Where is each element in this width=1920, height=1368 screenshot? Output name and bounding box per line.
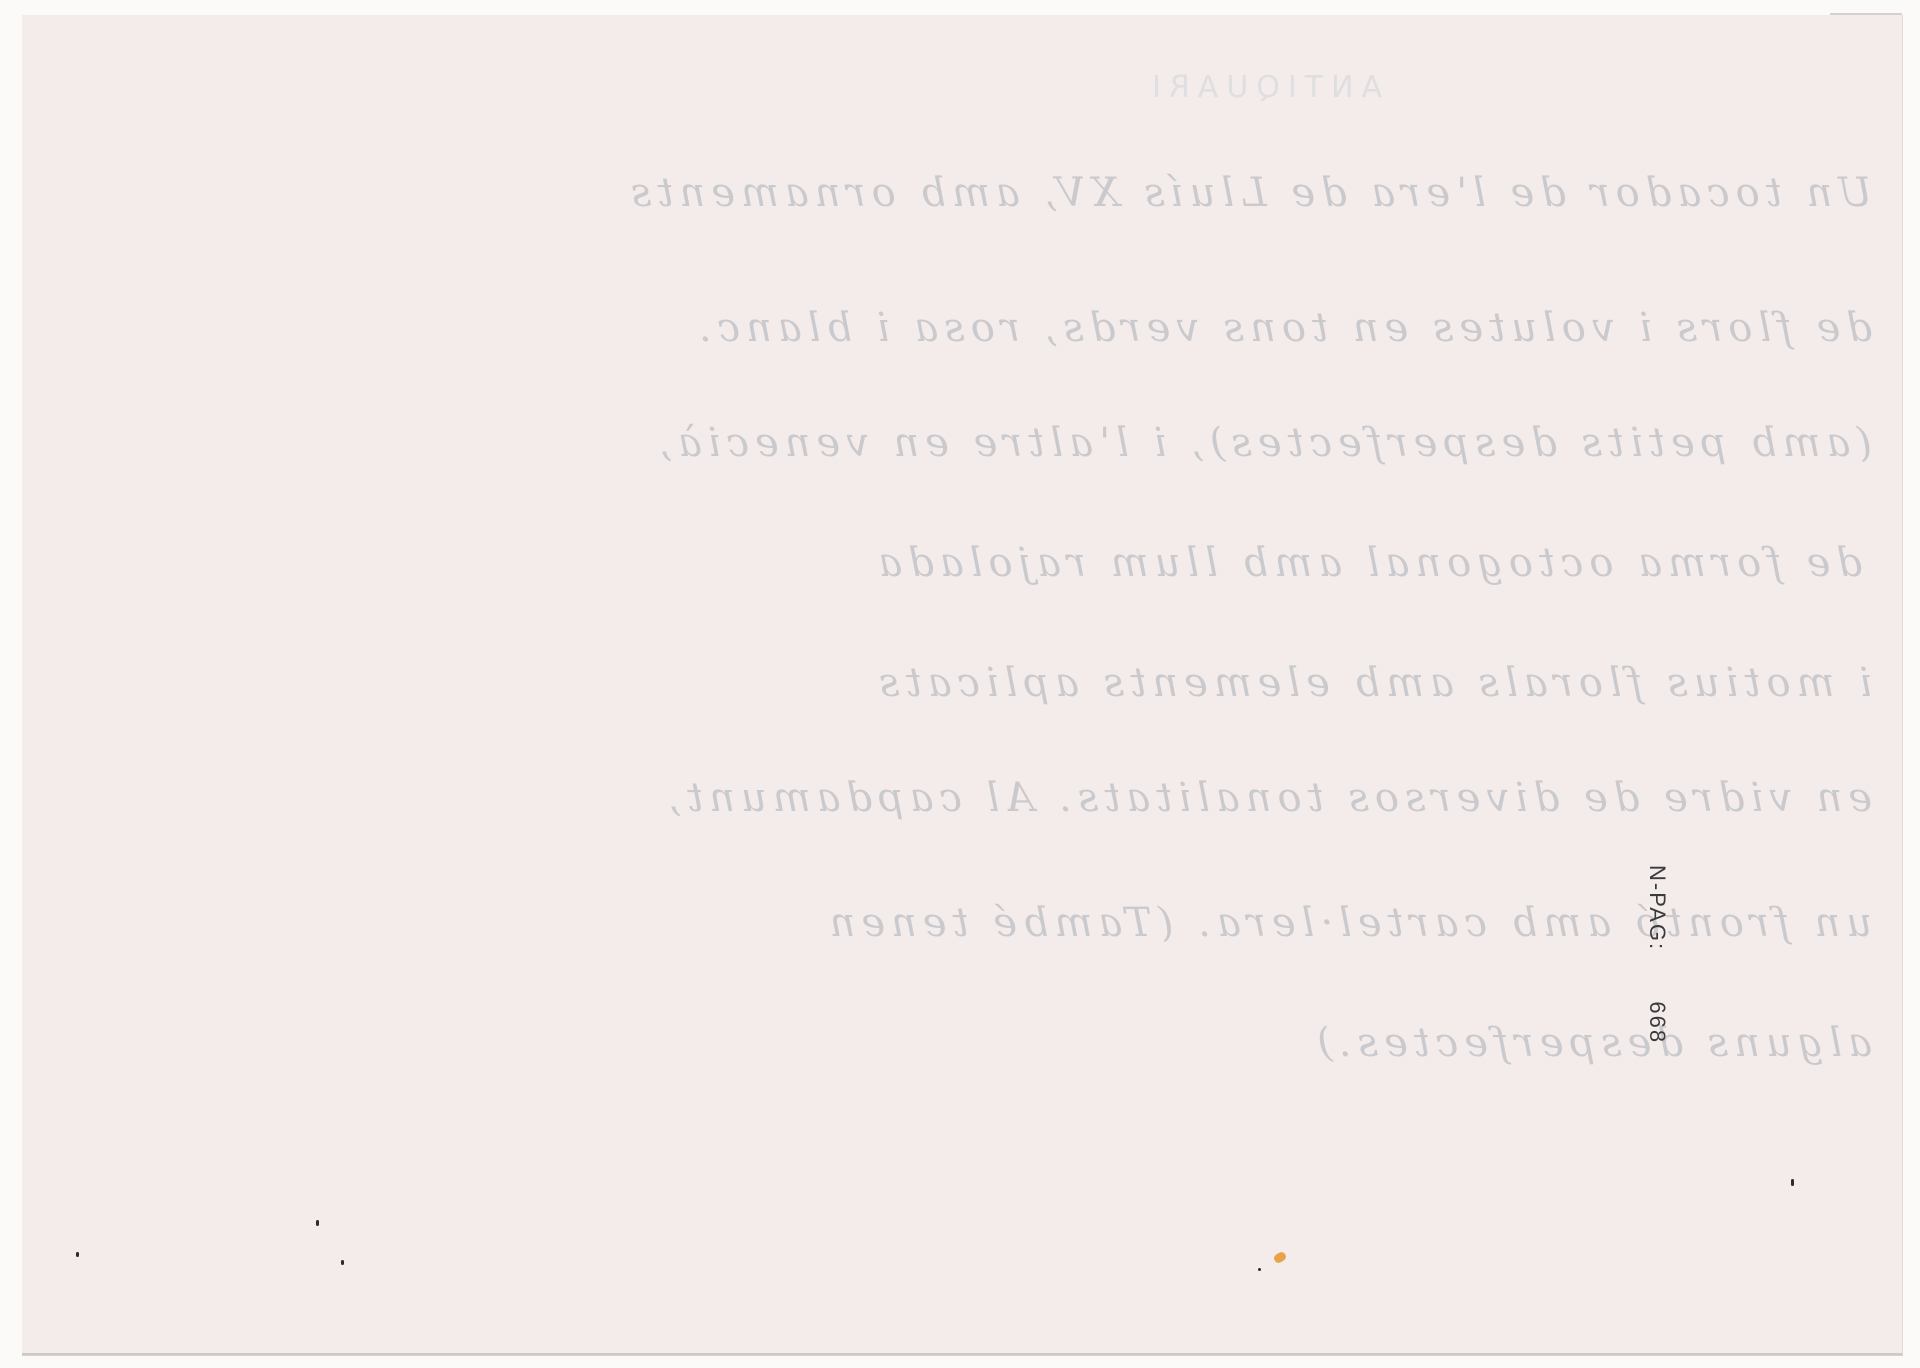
bleed-line: de forma octogonal amb llum rajolada (872, 540, 1862, 586)
bleed-line: en vidre de diversos tonalitats. Al capd… (662, 775, 1872, 821)
dust-speck (341, 1260, 344, 1265)
bleed-line: Un tocador de l'era de Lluís XV, amb orn… (625, 170, 1872, 216)
dust-speck (1791, 1179, 1794, 1186)
bleed-line: de flors i volutes en tons verds, rosa i… (693, 305, 1872, 351)
bleed-line: (amb petits desperfectes), i l'altre en … (653, 420, 1872, 466)
stamp-value: 668 (1645, 1001, 1670, 1044)
dust-speck (1258, 1268, 1261, 1271)
bleed-line: i motius florals amb elements aplicats (873, 660, 1872, 706)
page-number-stamp: N-PAG: 668 (1644, 865, 1670, 1044)
bleed-line: alguns desperfectes.) (1311, 1020, 1872, 1066)
document-page: ANTIQUARI Un tocador de l'era de Lluís X… (22, 15, 1903, 1355)
bleed-header: ANTIQUARI (1144, 70, 1382, 105)
handwriting-bleed-through: ANTIQUARI Un tocador de l'era de Lluís X… (22, 15, 1902, 1353)
bleed-line: un frontó amb cartel·lera. (També tenen (824, 900, 1872, 946)
dust-speck (76, 1252, 79, 1257)
stamp-label: N-PAG: (1645, 865, 1670, 951)
dust-speck (316, 1220, 319, 1226)
